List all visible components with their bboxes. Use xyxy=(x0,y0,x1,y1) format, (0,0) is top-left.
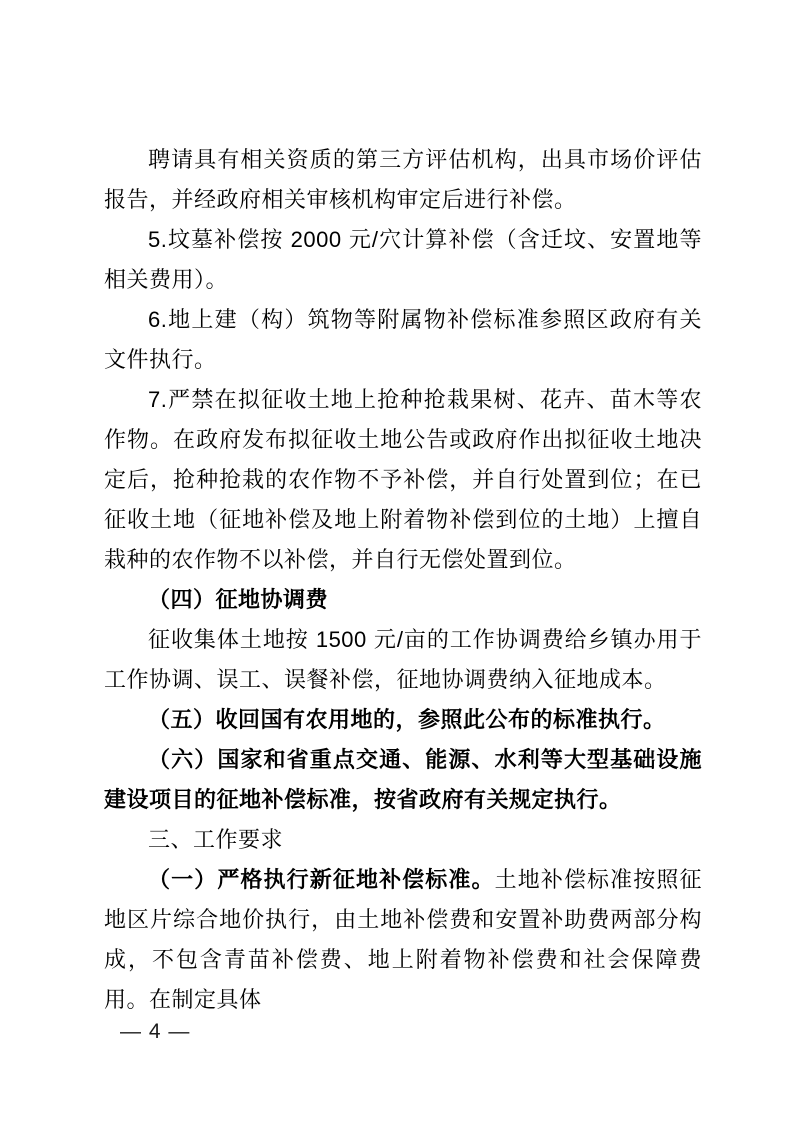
section-heading: （四）征地协调费 xyxy=(104,580,702,620)
document-body: 聘请具有相关资质的第三方评估机构，出具市场价评估报告，并经政府相关审核机构审定后… xyxy=(104,140,702,1020)
body-paragraph: 聘请具有相关资质的第三方评估机构，出具市场价评估报告，并经政府相关审核机构审定后… xyxy=(104,140,702,220)
chapter-heading: 三、工作要求 xyxy=(104,820,702,860)
section-heading: （五）收回国有农用地的，参照此公布的标准执行。 xyxy=(104,700,702,740)
paragraph-lead: （一）严格执行新征地补偿标准。 xyxy=(148,867,495,892)
body-paragraph: 6.地上建（构）筑物等附属物补偿标准参照区政府有关文件执行。 xyxy=(104,300,702,380)
body-paragraph: 7.严禁在拟征收土地上抢种抢栽果树、花卉、苗木等农作物。在政府发布拟征收土地公告… xyxy=(104,380,702,580)
body-paragraph: （一）严格执行新征地补偿标准。土地补偿标准按照征地区片综合地价执行，由土地补偿费… xyxy=(104,860,702,1020)
section-heading: （六）国家和省重点交通、能源、水利等大型基础设施建设项目的征地补偿标准，按省政府… xyxy=(104,740,702,820)
document-page: 聘请具有相关资质的第三方评估机构，出具市场价评估报告，并经政府相关审核机构审定后… xyxy=(0,0,793,1122)
body-paragraph: 5.坟墓补偿按 2000 元/穴计算补偿（含迁坟、安置地等相关费用）。 xyxy=(104,220,702,300)
body-paragraph: 征收集体土地按 1500 元/亩的工作协调费给乡镇办用于工作协调、误工、误餐补偿… xyxy=(104,620,702,700)
page-number: — 4 — xyxy=(120,1020,190,1044)
